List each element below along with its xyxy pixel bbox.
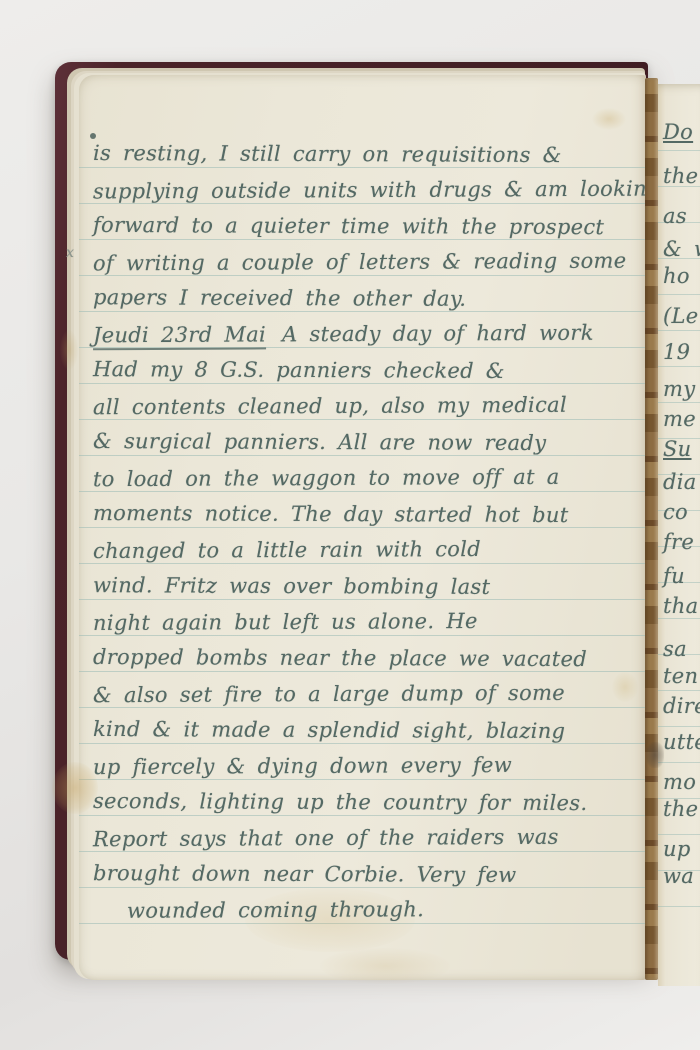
text-fragment: me xyxy=(663,404,696,434)
diary-left-page: x is resting, I still carry on requisiti… xyxy=(79,75,646,980)
diary-line: night again but left us alone. He xyxy=(93,605,478,639)
diary-line-text: A steady day of hard work xyxy=(282,321,594,347)
text-fragment: tha xyxy=(663,591,698,621)
notebook: x is resting, I still carry on requisiti… xyxy=(0,0,700,1050)
diary-line-text: of writing a couple of letters & reading… xyxy=(93,249,627,276)
diary-line-date: Jeudi 23rd MaiA steady day of hard work xyxy=(93,317,594,352)
text-fragment: (Le xyxy=(663,301,698,331)
diary-line: supplying outside units with drugs & am … xyxy=(93,173,661,208)
diary-line: moments notice. The day started hot but xyxy=(93,497,569,531)
diary-line-text: is resting, I still carry on requisition… xyxy=(93,141,562,167)
diary-line: Report says that one of the raiders was xyxy=(93,821,559,855)
diary-line: wounded coming through. xyxy=(127,893,424,927)
text-fragment: 19 xyxy=(663,337,690,367)
diary-line: wind. Fritz was over bombing last xyxy=(93,569,490,603)
diary-line: forward to a quieter time with the prosp… xyxy=(93,209,604,243)
diary-line-text: night again but left us alone. He xyxy=(93,609,478,635)
diary-line: to load on the waggon to move off at a xyxy=(93,461,560,495)
text-fragment: co xyxy=(663,497,688,527)
diary-line-text: wounded coming through. xyxy=(127,897,424,923)
text-fragment: dia xyxy=(663,467,697,497)
diary-line-text: kind & it made a splendid sight, blazing xyxy=(93,717,565,743)
diary-line-text: changed to a little rain with cold xyxy=(93,537,481,563)
diary-line-text: dropped bombs near the place we vacated xyxy=(93,645,587,671)
photo-background: x is resting, I still carry on requisiti… xyxy=(0,0,700,1050)
text-fragment: & w xyxy=(663,234,700,264)
text-fragment: wa xyxy=(663,861,694,891)
diary-line: seconds, lighting up the country for mil… xyxy=(93,785,587,819)
diary-line-text: & surgical panniers. All are now ready xyxy=(93,429,546,455)
text-fragment: sa xyxy=(663,634,687,664)
diary-line-text: moments notice. The day started hot but xyxy=(93,501,569,527)
diary-line: brought down near Corbie. Very few xyxy=(93,857,517,891)
diary-line-text: seconds, lighting up the country for mil… xyxy=(93,789,587,815)
diary-line: changed to a little rain with cold xyxy=(93,533,481,567)
diary-line-text: to load on the waggon to move off at a xyxy=(93,465,560,491)
diary-line-text: supplying outside units with drugs & am … xyxy=(93,177,661,204)
diary-line-text: papers I received the other day. xyxy=(93,285,466,311)
diary-line: papers I received the other day. xyxy=(93,281,466,315)
diary-line: dropped bombs near the place we vacated xyxy=(93,641,587,675)
diary-line: all contents cleaned up, also my medical xyxy=(93,389,567,423)
text-fragment: the xyxy=(663,161,698,191)
margin-annotation: x xyxy=(66,245,74,261)
diary-line: is resting, I still carry on requisition… xyxy=(93,137,562,171)
text-fragment: fu xyxy=(663,561,685,591)
diary-line-text: forward to a quieter time with the prosp… xyxy=(93,213,604,239)
diary-line-text: & also set fire to a large dump of some xyxy=(93,681,565,707)
diary-line-text: wind. Fritz was over bombing last xyxy=(93,573,490,599)
diary-line: & also set fire to a large dump of some xyxy=(93,677,565,711)
diary-line-text: Report says that one of the raiders was xyxy=(93,825,559,851)
text-fragment: utte xyxy=(663,727,700,757)
diary-line: of writing a couple of letters & reading… xyxy=(93,245,627,280)
diary-line: up fiercely & dying down every few xyxy=(93,749,512,783)
text-fragment: mo xyxy=(663,767,696,797)
diary-line-text: all contents cleaned up, also my medical xyxy=(93,393,567,419)
text-fragment: as xyxy=(663,201,687,231)
page-gutter-edge xyxy=(645,78,658,980)
text-fragment: dire xyxy=(663,691,700,721)
diary-line: & surgical panniers. All are now ready xyxy=(93,425,546,459)
text-fragment: ten xyxy=(663,661,698,691)
text-fragment: the xyxy=(663,794,698,824)
text-fragment: up xyxy=(663,834,691,864)
text-fragment: Do xyxy=(663,117,693,147)
diary-line: Had my 8 G.S. panniers checked & xyxy=(93,353,505,387)
diary-line-text: Had my 8 G.S. panniers checked & xyxy=(93,357,505,383)
text-fragment: Su xyxy=(663,434,692,464)
text-fragment: ho xyxy=(663,261,690,291)
diary-line: kind & it made a splendid sight, blazing xyxy=(93,713,565,747)
diary-right-page: Do the as & w ho (Le 19 my me Su dia co … xyxy=(658,84,700,986)
date-heading: Jeudi 23rd Mai xyxy=(93,322,266,350)
diary-line-text: up fiercely & dying down every few xyxy=(93,753,512,779)
diary-line-text: brought down near Corbie. Very few xyxy=(93,861,517,887)
text-fragment: fre xyxy=(663,527,694,557)
text-fragment: my xyxy=(663,374,695,404)
